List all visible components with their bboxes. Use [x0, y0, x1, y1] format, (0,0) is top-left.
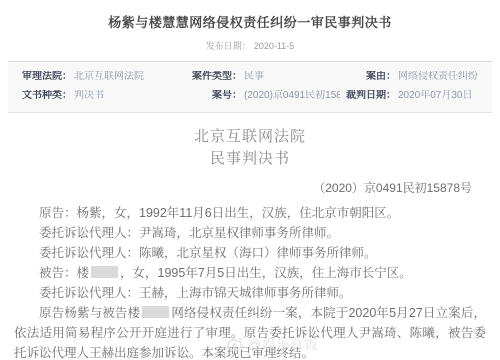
judgment-body: 原告：杨紫，女，1992年11月6日出生，汉族，住北京市朝阳区。 委托诉讼代理人… [14, 203, 486, 360]
meta-doc-type: 文书种类：判决书 [14, 90, 182, 102]
case-meta-panel: 审理法院：北京互联网法院 案件类型：民事 案由：网络侵权责任纠纷 文书种类：判决… [8, 61, 492, 113]
defendant-text-after: ，女，1995年7月5日出生，汉族，住上海市长宁区。 [120, 266, 412, 280]
paragraph-plaintiff: 原告：杨紫，女，1992年11月6日出生，汉族，住北京市朝阳区。 [14, 203, 486, 223]
publish-date-label: 发布日期： [206, 41, 251, 51]
meta-cause: 案由：网络侵权责任纠纷 [340, 71, 480, 83]
summary-text-before: 原告杨紫与被告楼 [39, 306, 140, 320]
paragraph-agent2: 委托诉讼代理人：陈曦，北京星权（海口）律师事务所律师。 [14, 243, 486, 263]
meta-case-no: 案号：(2020)京0491民初15878号 [182, 90, 340, 102]
meta-judgment-date: 裁判日期：2020年07月30日 [340, 90, 480, 102]
defendant-text-before: 被告：楼 [39, 266, 89, 280]
meta-judgment-date-label: 裁判日期： [340, 90, 396, 102]
meta-case-type-label: 案件类型： [182, 71, 242, 83]
paragraph-summary: 原告杨紫与被告楼网络侵权责任纠纷一案，本院于2020年5月27日立案后，依法适用… [14, 303, 486, 360]
meta-court-value: 北京互联网法院 [74, 71, 144, 82]
meta-case-no-value: (2020)京0491民初15878号 [244, 90, 340, 101]
redacted-name-box [91, 266, 118, 278]
court-name: 北京互联网法院 [0, 126, 500, 148]
meta-case-type-value: 民事 [244, 71, 264, 82]
court-heading: 北京互联网法院 民事判决书 [0, 126, 500, 170]
meta-doc-type-label: 文书种类： [14, 90, 72, 102]
meta-court: 审理法院：北京互联网法院 [14, 71, 182, 83]
publish-date: 发布日期：2020-11-5 [0, 39, 500, 52]
paragraph-defendant: 被告：楼，女，1995年7月5日出生，汉族，住上海市长宁区。 [14, 263, 486, 283]
meta-case-no-label: 案号： [182, 90, 242, 102]
meta-judgment-date-value: 2020年07月30日 [398, 90, 473, 101]
redacted-name-box [142, 306, 169, 318]
meta-doc-type-value: 判决书 [74, 90, 104, 101]
document-type-heading: 民事判决书 [0, 148, 500, 170]
meta-cause-value: 网络侵权责任纠纷 [398, 71, 478, 82]
paragraph-agent1: 委托诉讼代理人：尹嵩琦，北京星权律师事务所律师。 [14, 223, 486, 243]
document-title: 杨紫与楼慧慧网络侵权责任纠纷一审民事判决书 [0, 0, 500, 31]
case-number-line: （2020）京0491民初15878号 [0, 179, 472, 196]
paragraph-agent3: 委托诉讼代理人：王赫，上海市锦天城律师事务所律师。 [14, 283, 486, 303]
meta-case-type: 案件类型：民事 [182, 71, 340, 83]
publish-date-value: 2020-11-5 [254, 41, 294, 51]
meta-cause-label: 案由： [340, 71, 396, 83]
meta-court-label: 审理法院： [14, 71, 72, 83]
